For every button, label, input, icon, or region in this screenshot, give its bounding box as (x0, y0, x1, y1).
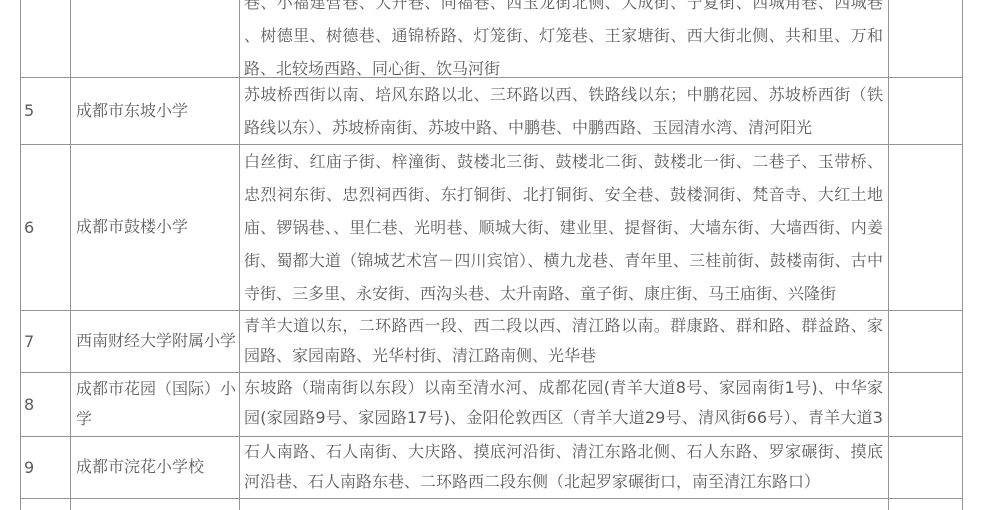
school-name: 成都市东坡小学 (71, 96, 239, 126)
school-name-cell: 成都市东坡小学 (71, 77, 240, 144)
note-cell (889, 498, 963, 504)
note-cell (889, 144, 963, 310)
school-name: 成都市浣花小学校 (71, 452, 239, 482)
school-name-cell (71, 0, 240, 77)
table-row: 8 成都市花园（国际）小学 东坡路（瑞南街以东段）以南至清水河、成都花园(青羊大… (21, 372, 963, 436)
note-cell (889, 310, 963, 372)
table-row: 9 成都市浣花小学校 石人南路、石人南街、大庆路、摸底河沿街、清江东路北侧、石人… (21, 436, 963, 498)
district-text: 巷、小福建营巷、大升巷、同福巷、西玉龙街北侧、大成街、宁夏街、西城角巷、西城巷、… (240, 0, 888, 76)
district-cell: 东坡路（瑞南街以东段）以南至清水河、成都花园(青羊大道8号、家园南街1号)、中华… (240, 372, 889, 436)
school-name: 成都市花园（国际）小学 (71, 374, 239, 434)
district-text: 东坡路（瑞南街以东段）以南至清水河、成都花园(青羊大道8号、家园南街1号)、中华… (240, 373, 888, 436)
table-row: 6 成都市鼓楼小学 白丝街、红庙子街、梓潼街、鼓楼北三街、鼓楼北二街、鼓楼北一街… (21, 144, 963, 310)
page: 巷、小福建营巷、大升巷、同福巷、西玉龙街北侧、大成街、宁夏街、西城角巷、西城巷、… (20, 0, 963, 504)
district-cell: 苏坡桥西街以南、培风东路以北、三环路以西、铁路线以东；中鹏花园、苏坡桥西街（铁路… (240, 77, 889, 144)
row-number: 6 (24, 218, 34, 237)
school-name-cell: 成都市浣花小学校 (71, 436, 240, 498)
school-name-cell: 成都市花园（国际）小学 (71, 372, 240, 436)
row-number: 5 (24, 101, 34, 120)
note-cell (889, 436, 963, 498)
district-cell: 白丝街、红庙子街、梓潼街、鼓楼北三街、鼓楼北二街、鼓楼北一街、二巷子、玉带桥、忠… (240, 144, 889, 310)
row-number-cell: 8 (21, 372, 71, 436)
school-name-cell (71, 498, 240, 504)
district-text: 青羊大道以东，二环路西一段、西二段以西、清江路以南。群康路、群和路、群益路、家园… (240, 311, 888, 371)
school-name: 成都市鼓楼小学 (71, 212, 239, 242)
table-row-partial-top: 巷、小福建营巷、大升巷、同福巷、西玉龙街北侧、大成街、宁夏街、西城角巷、西城巷、… (21, 0, 963, 77)
district-cell: 青羊大道以东，二环路西一段、西二段以西、清江路以南。群康路、群和路、群益路、家园… (240, 310, 889, 372)
district-text: 苏坡桥西街以南、培风东路以北、三环路以西、铁路线以东；中鹏花园、苏坡桥西街（铁路… (240, 78, 888, 144)
note-cell (889, 77, 963, 144)
district-text: 白丝街、红庙子街、梓潼街、鼓楼北三街、鼓楼北二街、鼓楼北一街、二巷子、玉带桥、忠… (240, 145, 888, 310)
row-number: 9 (24, 458, 34, 477)
row-number-cell (21, 0, 71, 77)
row-number: 7 (24, 332, 34, 351)
district-cell: 石人南路、石人南街、大庆路、摸底河沿街、清江东路北侧、石人东路、罗家碾街、摸底河… (240, 436, 889, 498)
district-cell (240, 498, 889, 504)
note-cell (889, 372, 963, 436)
district-text: 石人南路、石人南街、大庆路、摸底河沿街、清江东路北侧、石人东路、罗家碾街、摸底河… (240, 437, 888, 497)
school-name: 西南财经大学附属小学 (71, 326, 239, 356)
row-number-cell: 9 (21, 436, 71, 498)
row-number-cell: 6 (21, 144, 71, 310)
school-district-table: 巷、小福建营巷、大升巷、同福巷、西玉龙街北侧、大成街、宁夏街、西城角巷、西城巷、… (20, 0, 963, 504)
table-row-partial-bottom (21, 498, 963, 504)
row-number-cell: 7 (21, 310, 71, 372)
school-name-cell: 成都市鼓楼小学 (71, 144, 240, 310)
table-row: 7 西南财经大学附属小学 青羊大道以东，二环路西一段、西二段以西、清江路以南。群… (21, 310, 963, 372)
row-number: 8 (24, 395, 34, 414)
table-row: 5 成都市东坡小学 苏坡桥西街以南、培风东路以北、三环路以西、铁路线以东；中鹏花… (21, 77, 963, 144)
district-cell: 巷、小福建营巷、大升巷、同福巷、西玉龙街北侧、大成街、宁夏街、西城角巷、西城巷、… (240, 0, 889, 77)
row-number-cell: 5 (21, 77, 71, 144)
row-number-cell (21, 498, 71, 504)
school-name-cell: 西南财经大学附属小学 (71, 310, 240, 372)
note-cell (889, 0, 963, 77)
